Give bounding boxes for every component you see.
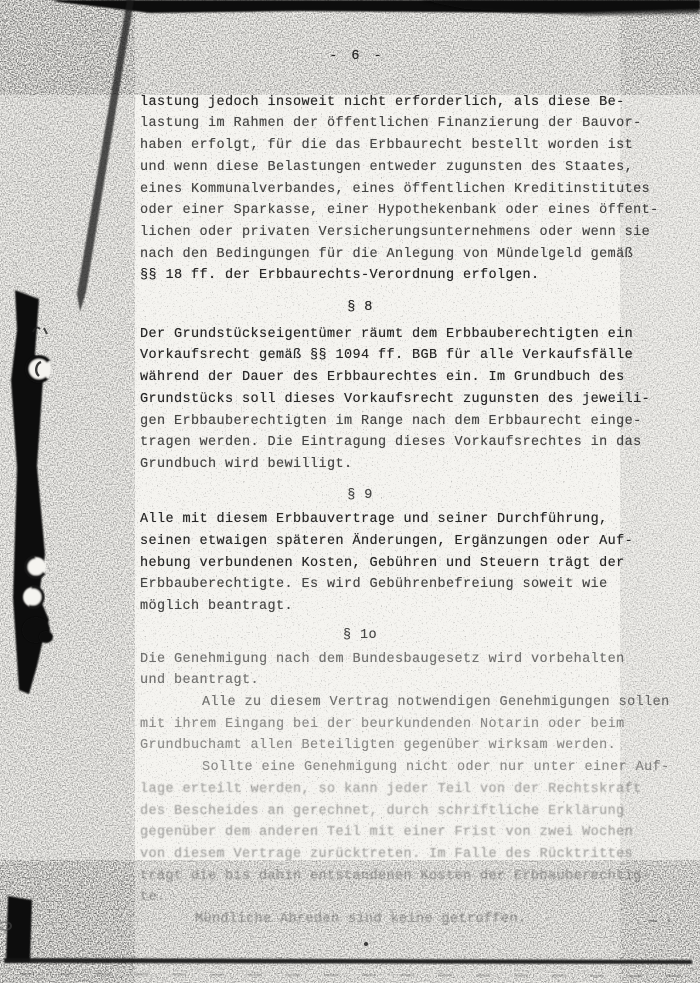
text-line: Sollte eine Genehmigung nicht oder nur u… [140, 757, 670, 779]
punch-ring-1 [27, 357, 51, 381]
text-line: Der Grundstückseigentümer räumt dem Erbb… [140, 324, 670, 346]
text-line: und beantragt. [140, 670, 670, 692]
text-line: gegenüber dem anderen Teil mit einer Fri… [140, 822, 670, 844]
text-line: des Bescheides an gerechnet, durch schri… [140, 801, 670, 823]
section-10-paragraph-2: Alle zu diesem Vertrag notwendigen Geneh… [140, 692, 670, 757]
text-line: nach den Bedingungen für die Anlegung vo… [140, 244, 670, 266]
section-9-paragraph: Alle mit diesem Erbbauvertrage und seine… [140, 509, 670, 618]
text-line: Grundstücks soll dieses Vorkaufsrecht zu… [140, 389, 670, 411]
text-line: hebung verbundenen Kosten, Gebühren und … [140, 553, 670, 575]
text-line: trägt die bis dahin entstandenen Kosten … [140, 866, 670, 888]
text-line: oder einer Sparkasse, einer Hypothekenba… [140, 200, 670, 222]
text-line: haben erfolgt, für die das Erbbaurecht b… [140, 135, 670, 157]
text-line: lastung im Rahmen der öffentlichen Finan… [140, 113, 670, 135]
section-10-paragraph-3: Sollte eine Genehmigung nicht oder nur u… [140, 757, 670, 909]
text-line: mit ihrem Eingang bei der beurkundenden … [140, 714, 670, 736]
text-line: lichen oder privaten Versicherungsuntern… [140, 222, 670, 244]
ink-dot [364, 942, 368, 946]
text-line: Grundbuch wird bewilligt. [140, 454, 670, 476]
section-8-paragraph: Der Grundstückseigentümer räumt dem Erbb… [140, 324, 670, 476]
text-line: §§ 18 ff. der Erbbaurechts-Verordnung er… [140, 265, 670, 287]
text-line: tragen werden. Die Eintragung dieses Vor… [140, 432, 670, 454]
punch-ring-3 [23, 587, 43, 607]
section-heading-9: § 9 [95, 485, 625, 507]
binding-blob [22, 617, 50, 643]
scanned-document-page: - 6 - lastung jedoch insoweit nicht erfo… [0, 0, 700, 983]
text-line: seinen etwaigen späteren Änderungen, Erg… [140, 531, 670, 553]
page-number: - 6 - [92, 46, 622, 68]
text-line: während der Dauer des Erbbaurechtes ein.… [140, 367, 670, 389]
section-10-paragraph-1: Die Genehmigung nach dem Bundesbaugesetz… [140, 649, 670, 692]
continuation-paragraph: lastung jedoch insoweit nicht erforderli… [140, 92, 670, 287]
text-line: und wenn diese Belastungen entweder zugu… [140, 157, 670, 179]
text-line: Die Genehmigung nach dem Bundesbaugesetz… [140, 649, 670, 671]
punch-ring-2 [26, 557, 46, 577]
text-line: eines Kommunalverbandes, eines öffentlic… [140, 179, 670, 201]
document-content: - 6 - lastung jedoch insoweit nicht erfo… [140, 0, 670, 931]
bottom-edge-rule [4, 958, 692, 964]
bottom-left-block [6, 896, 32, 962]
text-line: möglich beantragt. [140, 596, 670, 618]
text-line: Alle mit diesem Erbbauvertrage und seine… [140, 509, 670, 531]
text-line: lastung jedoch insoweit nicht erforderli… [140, 92, 670, 114]
section-heading-10: § 1o [95, 625, 625, 647]
closing-note-line: Mündliche Abreden sind keine getroffen. [140, 909, 670, 931]
text-line: Erbbauberechtigte. Es wird Gebührenbefre… [140, 574, 670, 596]
left-binding-bar [11, 290, 49, 694]
text-line: von diesem Vertrage zurücktreten. Im Fal… [140, 844, 670, 866]
text-line: Alle zu diesem Vertrag notwendigen Geneh… [140, 692, 670, 714]
text-line: Vorkaufsrecht gemäß §§ 1094 ff. BGB für … [140, 345, 670, 367]
text-line: gen Erbbauberechtigten im Range nach dem… [140, 411, 670, 433]
text-line: te. [140, 887, 670, 909]
section-heading-8: § 8 [95, 297, 625, 319]
text-line: lage erteilt werden, so kann jeder Teil … [140, 779, 670, 801]
text-line: Grundbuchamt allen Beteiligten gegenüber… [140, 735, 670, 757]
